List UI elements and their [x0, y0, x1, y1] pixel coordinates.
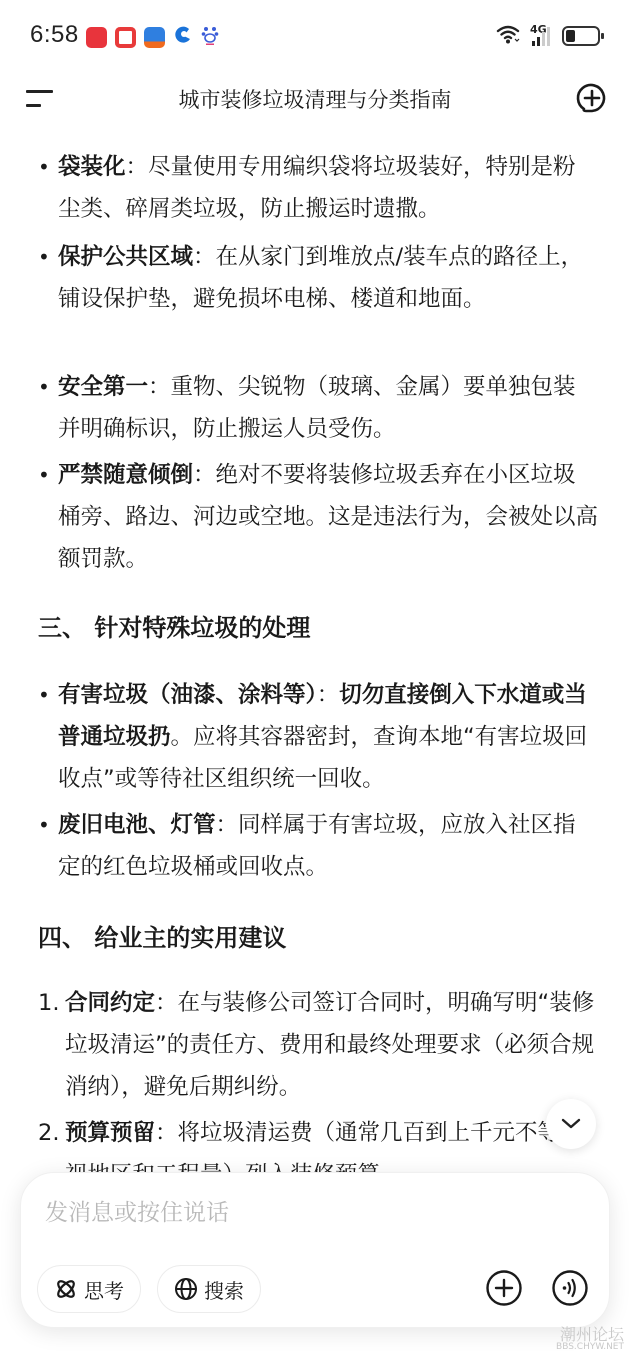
bird-app-icon	[144, 27, 165, 48]
item-term: 合同约定	[65, 990, 155, 1016]
message-input[interactable]	[45, 1193, 545, 1233]
status-time: 6:58	[30, 21, 79, 49]
red-app-icon	[115, 27, 136, 48]
think-toggle-button[interactable]: 思考	[37, 1265, 141, 1313]
app-header: 城市装修垃圾清理与分类指南	[0, 72, 630, 124]
item-term: 严禁随意倾倒	[58, 462, 193, 488]
notification-icons	[86, 25, 219, 49]
separator: ：	[317, 682, 340, 708]
list-item: 废旧电池、灯管：同样属于有害垃圾，应放入社区指定的红色垃圾桶或回收点。	[38, 804, 598, 888]
watermark: 潮州论坛 BBS.CHYW.NET	[556, 1328, 624, 1354]
system-status: 4G	[496, 24, 600, 48]
item-term: 袋装化	[58, 154, 126, 180]
search-label: 搜索	[204, 1275, 244, 1304]
item-term: 有害垃圾（油漆、涂料等）	[58, 682, 317, 708]
separator: ：	[193, 462, 216, 488]
section-heading: 四、 给业主的实用建议	[38, 918, 286, 953]
globe-icon	[174, 1277, 198, 1301]
huawei-appgallery-icon	[86, 27, 107, 48]
list-item: 严禁随意倾倒：绝对不要将装修垃圾丢弃在小区垃圾桶旁、路边、河边或空地。这是违法行…	[38, 454, 598, 580]
list-item: 安全第一：重物、尖锐物（玻璃、金属）要单独包装并明确标识，防止搬运人员受伤。	[38, 366, 598, 450]
watermark-url: BBS.CHYW.NET	[556, 1341, 624, 1354]
separator: ：	[126, 154, 149, 180]
list-item: 袋装化：尽量使用专用编织袋将垃圾装好，特别是粉尘类、碎屑类垃圾，防止搬运时遗撒。	[38, 146, 598, 230]
voice-input-button[interactable]	[551, 1269, 589, 1307]
atom-icon	[54, 1277, 78, 1301]
chat-response-content: 袋装化：尽量使用专用编织袋将垃圾装好，特别是粉尘类、碎屑类垃圾，防止搬运时遗撒。…	[0, 140, 630, 1180]
item-number: 2.	[38, 1112, 59, 1154]
browser-app-icon	[173, 25, 193, 49]
status-bar: 6:58 4G	[0, 0, 630, 72]
add-attachment-button[interactable]	[485, 1269, 523, 1307]
new-chat-button[interactable]	[574, 80, 610, 116]
separator: ：	[148, 374, 171, 400]
separator: ：	[155, 1120, 178, 1146]
voice-wave-icon	[551, 1269, 589, 1307]
list-item: 保护公共区域：在从家门到堆放点/装车点的路径上，铺设保护垫，避免损坏电梯、楼道和…	[38, 236, 598, 320]
cellular-signal-icon: 4G	[530, 25, 554, 47]
item-term: 预算预留	[65, 1120, 155, 1146]
numbered-item: 1. 合同约定：在与装修公司签订合同时，明确写明“装修垃圾清运”的责任方、费用和…	[38, 982, 598, 1108]
baidu-app-icon	[201, 25, 219, 49]
list-item: 有害垃圾（油漆、涂料等）：切勿直接倒入下水道或当普通垃圾扔。应将其容器密封，查询…	[38, 674, 598, 800]
item-term: 保护公共区域	[58, 244, 193, 270]
separator: ：	[193, 244, 216, 270]
separator: ：	[216, 812, 239, 838]
search-toggle-button[interactable]: 搜索	[157, 1265, 261, 1313]
message-composer: 思考 搜索	[20, 1172, 610, 1328]
item-number: 1.	[38, 982, 59, 1024]
plus-circle-icon	[485, 1269, 523, 1307]
separator: ：	[155, 990, 178, 1016]
item-term: 废旧电池、灯管	[58, 812, 216, 838]
scroll-to-bottom-button[interactable]	[546, 1099, 596, 1149]
numbered-item: 2. 预算预留：将垃圾清运费（通常几百到上千元不等，视地区和工程量）列入装修预算…	[38, 1112, 598, 1180]
page-title: 城市装修垃圾清理与分类指南	[0, 84, 630, 114]
wifi-icon	[496, 24, 522, 48]
chevron-down-icon	[560, 1117, 582, 1131]
section-heading: 三、 针对特殊垃圾的处理	[38, 608, 310, 643]
think-label: 思考	[84, 1275, 124, 1304]
watermark-title: 潮州论坛	[556, 1328, 624, 1341]
new-chat-icon	[574, 80, 610, 116]
item-term: 安全第一	[58, 374, 148, 400]
battery-icon	[562, 26, 600, 46]
